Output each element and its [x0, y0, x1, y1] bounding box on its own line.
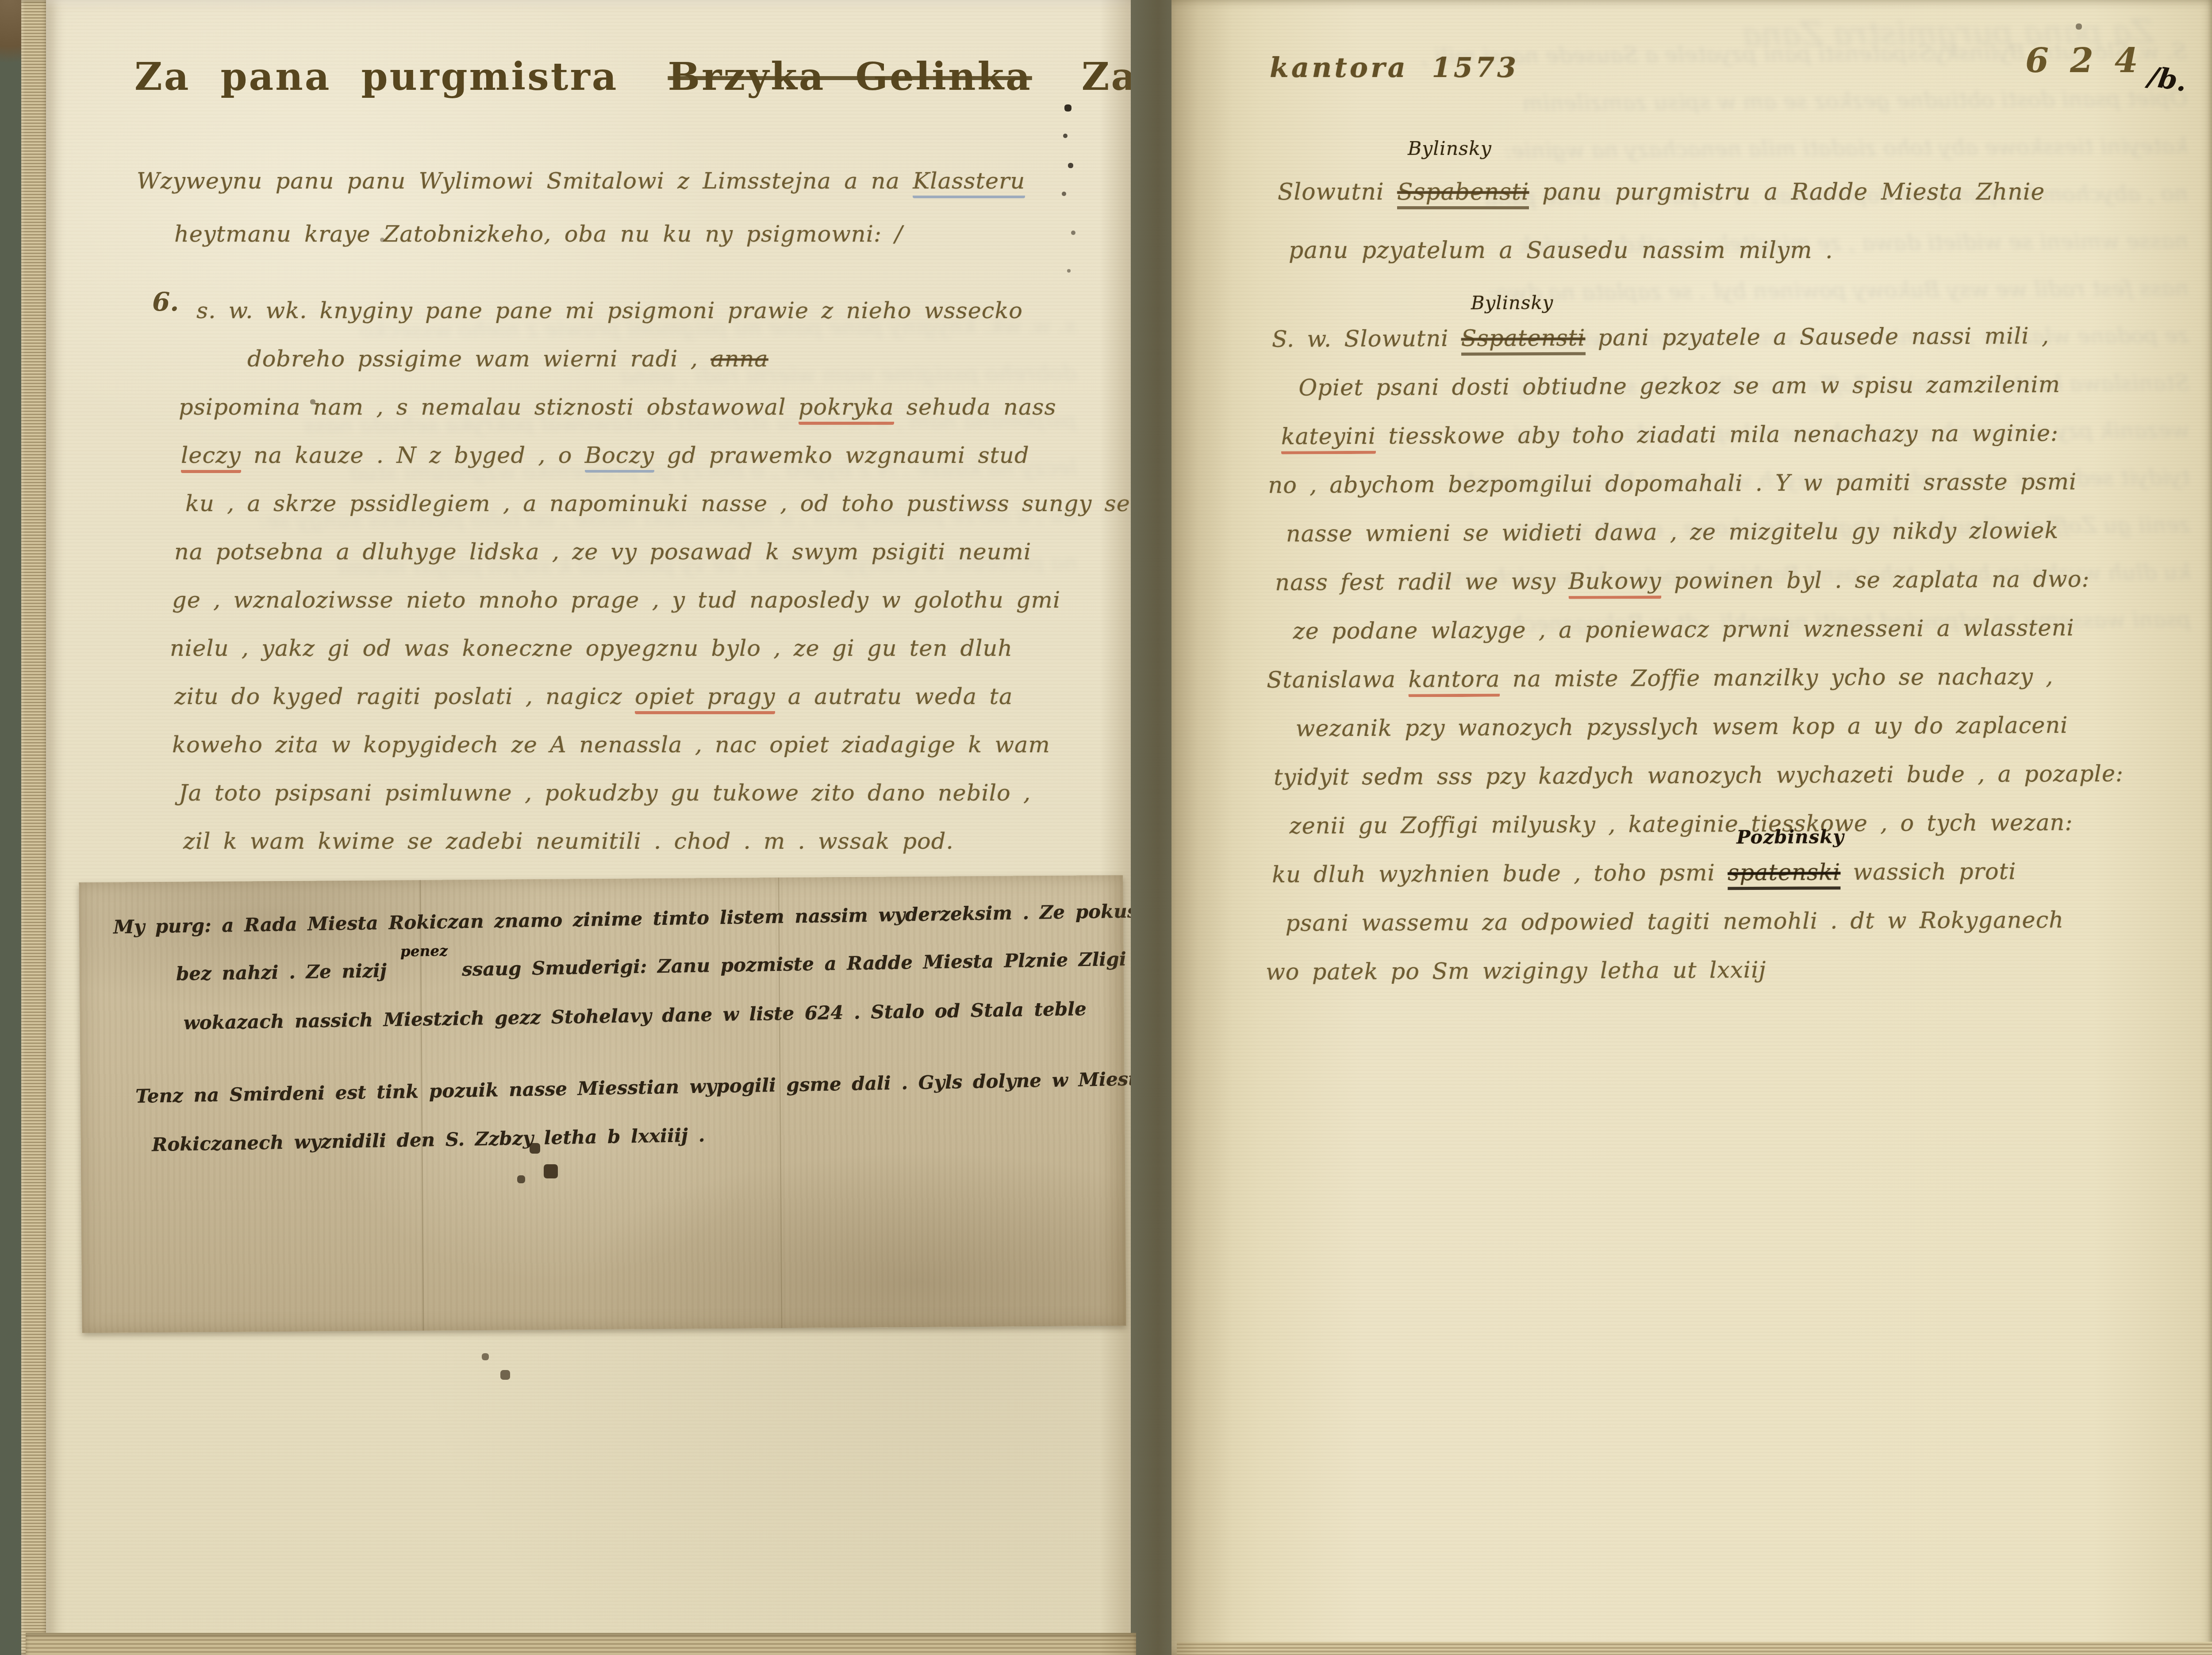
manuscript-line: zitu do kyged ragiti poslati , nagicz op…: [174, 673, 1131, 721]
manuscript-line: na potsebna a dluhyge lidska , ze vy pos…: [174, 528, 1131, 576]
entry-paragraph: s. w. wk. knyginy pane pane mi psigmoni …: [154, 287, 1131, 866]
manuscript-line: Stanislawa kantora na miste Zoffie manzi…: [1267, 652, 2212, 704]
correction-stack: Pozbinskyspatenski: [1728, 848, 1841, 897]
manuscript-line: wezanik pzy wanozych pzysslych wsem kop …: [1295, 700, 2212, 753]
manuscript-line: Slowutni BylinskySspabensti panu purgmis…: [1278, 163, 2212, 221]
inserted-word: penez: [400, 927, 448, 976]
inserted-word: Bylinsky: [1408, 119, 1492, 178]
manuscript-line: ku , a skrze pssidlegiem , a napominuki …: [185, 480, 1131, 528]
manuscript-line: panu pzyatelum a Sausedu nassim milym .: [1289, 221, 2212, 280]
slip-text-block-1: My purg: a Rada Miesta Rokiczan znamo zi…: [113, 888, 1106, 1048]
manuscript-line: no , abychom bezpomgilui dopomahali . Y …: [1268, 457, 2212, 510]
heading-struck-name: Brzyka Gelinka: [668, 54, 1032, 99]
page-heading: Za pana purgmistra Brzyka Gelinka Zana: [134, 50, 1131, 104]
struck-word: Sspabensti: [1397, 179, 1529, 209]
manuscript-line: ze podane wlazyge , a poniewacz prwni wz…: [1293, 603, 2212, 656]
blue-underlined-word: Klassteru: [913, 168, 1025, 198]
manuscript-line: ge , wznaloziwsse nieto mnoho prage , y …: [172, 576, 1131, 624]
red-underlined-word: kantora: [1408, 666, 1500, 697]
letter-body-paragraph: S. w. Slowutni BylinskySspatensti pani p…: [1281, 311, 2212, 997]
manuscript-line: Ja toto psipsani psimluwne , pokudzby gu…: [179, 769, 1131, 817]
manuscript-line: heytmanu kraye Zatobnizkeho, oba nu ku n…: [174, 208, 1025, 261]
manuscript-line: kateyini tiesskowe aby toho ziadati mila…: [1281, 408, 2212, 461]
manuscript-line: psipomina nam , s nemalau stiznosti obst…: [179, 383, 1131, 431]
manuscript-line: Opiet psani dosti obtiudne gezkoz se am …: [1298, 360, 2212, 412]
address-paragraph: Slowutni BylinskySspabensti panu purgmis…: [1278, 163, 2212, 280]
red-underlined-word: kateyini: [1281, 423, 1376, 454]
manuscript-line: ku dluh wyzhnien bude , toho psmi Pozbin…: [1272, 847, 2212, 899]
correction-stack: BylinskySspabensti: [1397, 163, 1529, 221]
page-stack-bottom-edge: [1177, 1642, 2212, 1655]
manuscript-line: zil k wam kwime se zadebi neumitili . ch…: [183, 817, 1131, 866]
red-underlined-word: Bukowy: [1568, 568, 1662, 599]
slip-text-block-2: Tenz na Smirdeni est tink pozuik nasse M…: [124, 1055, 1116, 1170]
struck-word: anna: [710, 346, 768, 372]
left-page: s. w. wk. knyginy pane pane mi psigmoni …: [46, 0, 1131, 1655]
manuscript-line: s. w. wk. knyginy pane pane mi psigmoni …: [196, 287, 1131, 335]
correction-stack: BylinskySspatensti: [1461, 314, 1586, 363]
address-paragraph: Wzyweynu panu panu Wylimowi Smitalowi z …: [137, 155, 1025, 261]
manuscript-line: leczy na kauze . N z byged , o Boczy gd …: [181, 431, 1131, 480]
manuscript-line: S. w. Slowutni BylinskySspatensti pani p…: [1272, 311, 2212, 364]
struck-word: spatenski: [1728, 859, 1840, 890]
manuscript-line: dobreho pssigime wam wierni radi , anna: [247, 335, 1131, 383]
pasted-paper-slip: My purg: a Rada Miesta Rokiczan znamo zi…: [79, 875, 1126, 1333]
manuscript-line: koweho zita w kopygidech ze A nenassla ,…: [172, 721, 1131, 769]
red-underlined-word: leczy: [181, 443, 241, 473]
inserted-word: Pozbinsky: [1736, 812, 1844, 862]
manuscript-line: Wzyweynu panu panu Wylimowi Smitalowi z …: [137, 155, 1025, 208]
manuscript-line: nass fest radil we wsy Bukowy powinen by…: [1275, 554, 2212, 607]
folio-number-suffix: /b.: [2146, 60, 2189, 98]
manuscript-line: tyidyit sedm sss pzy kazdych wanozych wy…: [1274, 749, 2212, 802]
page-header-date: kantora 1573: [1270, 51, 1519, 84]
manuscript-book-scan: s. w. wk. knyginy pane pane mi psigmoni …: [0, 0, 2212, 1655]
red-underlined-word: pokryka: [799, 394, 894, 425]
heading-text: Za pana purgmistra: [134, 54, 618, 99]
red-underlined-word: opiet pragy: [635, 684, 775, 714]
manuscript-line: wo patek po Sm wzigingy letha ut lxxiij: [1266, 944, 2212, 997]
inserted-word: Bylinsky: [1471, 278, 1554, 327]
manuscript-line: psani wassemu za odpowied tagiti nemohli…: [1285, 895, 2212, 948]
manuscript-line: nielu , yakz gi od was koneczne opyegznu…: [170, 624, 1131, 673]
right-page: Za pana purgmistra Zana S. w. Slowutni B…: [1171, 0, 2212, 1655]
heading-suffix: Zana: [1082, 54, 1131, 99]
page-stack-bottom-edge: [26, 1633, 1136, 1655]
manuscript-line: nasse wmieni se widieti dawa , ze mizgit…: [1286, 506, 2212, 558]
blue-underlined-word: Boczy: [585, 443, 654, 473]
struck-word: Sspatensti: [1461, 325, 1586, 356]
folio-number: 624: [2025, 41, 2159, 80]
